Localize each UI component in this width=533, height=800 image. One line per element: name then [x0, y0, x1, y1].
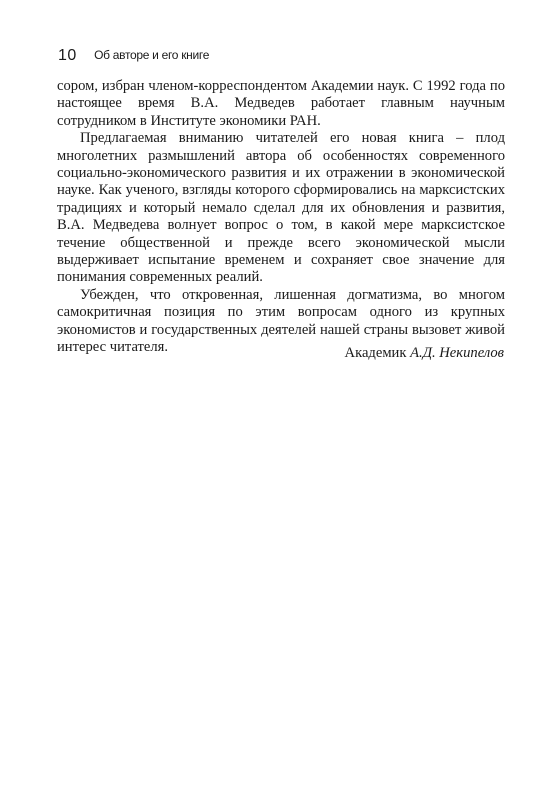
paragraph-continuation: сором, избран членом-корреспондентом Ака…	[57, 78, 505, 130]
body-text: сором, избран членом-корреспондентом Ака…	[57, 78, 505, 357]
signature-title: Академик	[345, 345, 407, 361]
signature-name: А.Д. Некипелов	[410, 345, 504, 361]
running-title: Об авторе и его книге	[94, 48, 209, 62]
page-header: 10 Об авторе и его книге	[58, 47, 209, 65]
page-number: 10	[58, 47, 77, 64]
signature: Академик А.Д. Некипелов	[345, 345, 504, 362]
paragraph: Предлагаемая вниманию читателей его нова…	[57, 130, 505, 287]
